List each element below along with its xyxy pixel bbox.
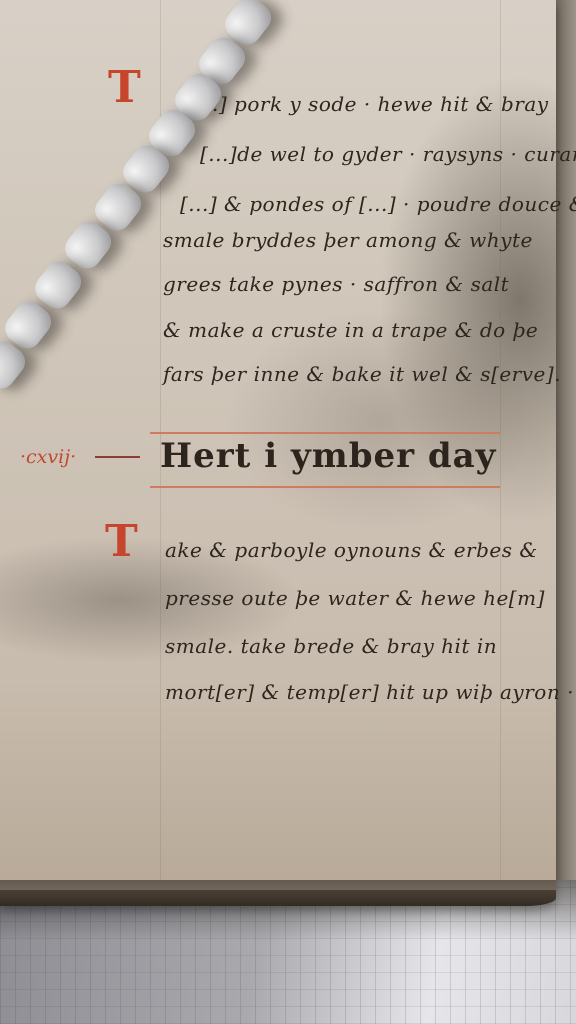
rubric-dash	[95, 456, 140, 458]
beaded-cord-bookmark	[0, 0, 300, 420]
recipe-2-line: presse oute þe water & hewe he[m]	[165, 586, 545, 610]
recipe-2-line: smale. take brede & bray hit in	[165, 634, 497, 658]
ruling-line	[500, 0, 501, 880]
recipe-title: Hert i ymber day	[160, 436, 496, 476]
recipe-2-line: ake & parboyle oynouns & erbes &	[165, 538, 538, 562]
rubric-initial: T	[105, 516, 138, 567]
recipe-2-line: mort[er] & temp[er] hit up wiþ ayron · d…	[165, 680, 576, 704]
recipe-number: ·cxvij·	[20, 446, 76, 468]
page-shadow	[0, 880, 576, 940]
